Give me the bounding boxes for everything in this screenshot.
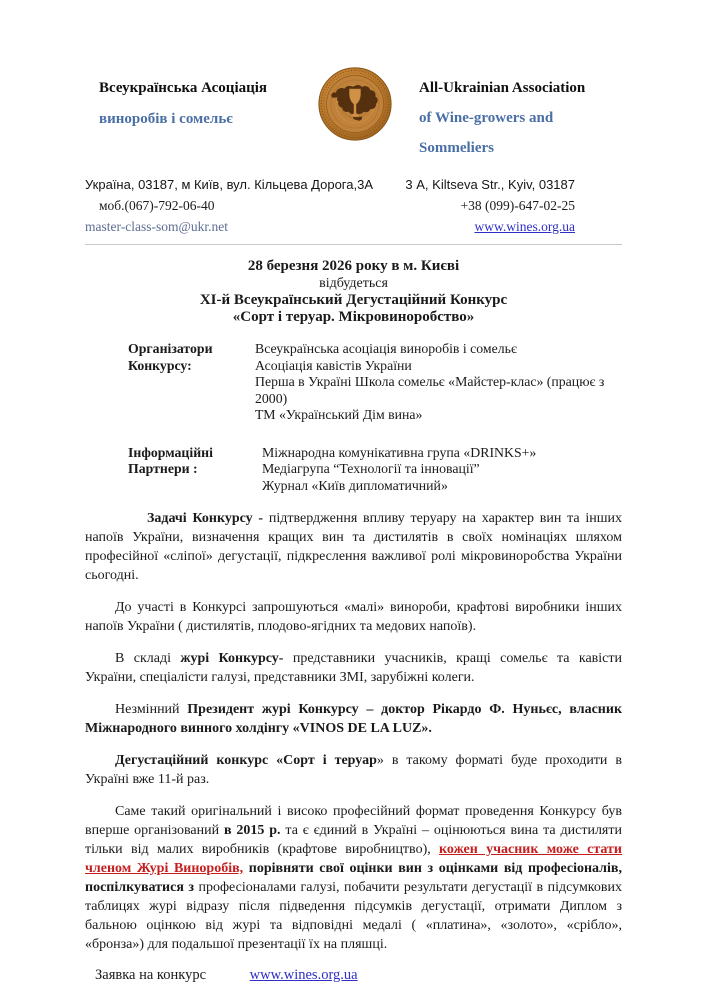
org-name-en-line2: of Wine-growers and [419,110,585,127]
paragraph-format: Дегустаційний конкурс «Сорт і теруар» в … [85,751,622,789]
paragraph-history: Саме такий оригінальний і високо професі… [85,802,622,954]
text-run: Незмінний [115,702,187,717]
document-page: Всеукраїнська Асоціація виноробів і соме… [0,0,707,1000]
phone-row: моб.(067)-792-06-40 +38 (099)-647-02-25 [85,198,622,213]
organizers-label: Організатори Конкурсу: [128,341,255,424]
event-verb-line: відбудеться [85,275,622,292]
organizer-item: Асоціація кавістів України [255,358,622,375]
org-name-ua-line1: Всеукраїнська Асоціація [99,80,317,97]
bold-text: Дегустаційний конкурс «Сорт і теруар [115,753,377,768]
partners-label: Інформаційні Партнери : [128,445,262,495]
partners-list: Міжнародна комунікативна група «DRINKS+»… [262,445,536,495]
letterhead: Всеукраїнська Асоціація виноробів і соме… [99,70,622,157]
phone-en: +38 (099)-647-02-25 [461,198,622,213]
partner-item: Медіагрупа “Технології та інновації” [262,461,536,478]
organizers-list: Всеукраїнська асоціація виноробів і соме… [255,341,622,424]
header-divider [85,244,622,245]
text-run: До участі в Конкурсі запрошуються «малі»… [85,600,622,634]
website-link-footer[interactable]: www.wines.org.ua [250,967,358,983]
partners-section: Інформаційні Партнери : Міжнародна комун… [85,445,622,495]
body-text: Задачі Конкурсу - підтвердження впливу т… [85,509,622,954]
website-link-header[interactable]: www.wines.org.ua [475,219,576,234]
email-address: master-class-som@ukr.net [85,219,228,234]
announcement-title: 28 березня 2026 року в м. Києві відбудет… [85,258,622,326]
bold-text: Задачі Конкурсу - [147,511,269,526]
email-website-row: master-class-som@ukr.net www.wines.org.u… [85,219,622,234]
partner-item: Журнал «Київ дипломатичний» [262,478,536,495]
organizers-section: Організатори Конкурсу: Всеукраїнська асо… [85,341,622,424]
organizer-item: Перша в Україні Школа сомельє «Майстер-к… [255,374,622,407]
paragraph-invitation: До участі в Конкурсі запрошуються «малі»… [85,598,622,636]
address-ua: Україна, 03187, м Київ, вул. Кільцева До… [85,177,373,192]
paragraph-president: Незмінний Президент журі Конкурсу – докт… [85,700,622,738]
association-medal-logo [317,66,393,142]
event-date-line: 28 березня 2026 року в м. Києві [85,258,622,275]
address-en: 3 А, Kiltseva Str., Kyiv, 03187 [405,177,622,192]
paragraph-jury: В складі журі Конкурсу- представники уча… [85,649,622,687]
partner-item: Міжнародна комунікативна група «DRINKS+» [262,445,536,462]
event-name-line: XI-й Всеукраїнський Дегустаційний Конкур… [85,292,622,309]
organizer-item: ТМ «Український Дім вина» [255,407,622,424]
application-label: Заявка на конкурс [95,967,206,983]
address-row: Україна, 03187, м Київ, вул. Кільцева До… [85,177,622,192]
org-name-ukrainian: Всеукраїнська Асоціація виноробів і соме… [99,70,317,128]
bold-text: журі Конкурсу- [180,651,283,666]
event-subtitle-line: «Сорт і теруар. Мікровиноробство» [85,309,622,326]
paragraph-tasks: Задачі Конкурсу - підтвердження впливу т… [85,509,622,585]
organizer-item: Всеукраїнська асоціація виноробів і соме… [255,341,622,358]
bold-text: в 2015 р. [224,823,281,838]
org-name-ua-line2: виноробів і сомельє [99,111,317,128]
phone-ua: моб.(067)-792-06-40 [85,198,215,213]
org-name-en-line1: All-Ukrainian Association [419,80,585,97]
text-run: В складі [115,651,180,666]
org-name-en-line3: Sommeliers [419,140,585,157]
contact-block: Україна, 03187, м Київ, вул. Кільцева До… [85,177,622,234]
medal-logo-icon [317,66,393,142]
application-row: Заявка на конкурс www.wines.org.ua [85,967,622,984]
org-name-english: All-Ukrainian Association of Wine-grower… [419,70,585,157]
